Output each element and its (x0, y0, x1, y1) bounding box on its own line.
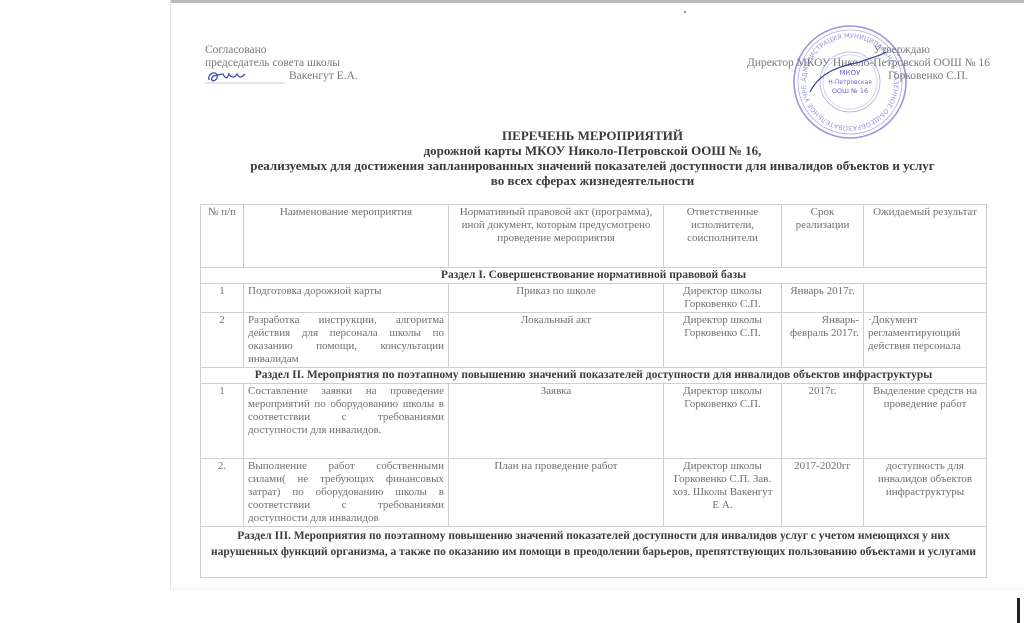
header-responsible: Ответственные исполнители, соисполнители (664, 205, 782, 268)
cell-act: Приказ по школе (449, 284, 664, 313)
title-line-4: во всех сферах жизнедеятельности (200, 173, 985, 188)
cell-result: доступность для инвалидов объектов инфра… (864, 459, 987, 527)
cell-deadline: Январь 2017г. (782, 284, 864, 313)
cell-number: 2 (201, 313, 244, 368)
stamp-center-2: Н-Петровская (828, 79, 872, 86)
header-deadline: Срок реализации (782, 205, 864, 268)
stamp-center-1: МКОУ (840, 69, 862, 77)
signature-icon (205, 68, 285, 84)
scan-edge-left (170, 0, 171, 590)
cell-number: 1 (201, 284, 244, 313)
cell-act: План на проведение работ (449, 459, 664, 527)
school-stamp-icon: АДМИНИСТРАЦИЯ МУНИЦИПАЛЬНОЕ КАЗЕННОЕ ОБЩ… (790, 22, 910, 142)
cell-responsible: Директор школы Горковенко С.П. (664, 284, 782, 313)
scan-artifact-dot (684, 11, 686, 13)
header-legal-act: Нормативный правовой акт (программа), ин… (449, 205, 664, 268)
scan-edge-top (170, 0, 1024, 3)
section-3-title: Раздел III. Мероприятия по поэтапному по… (201, 527, 987, 578)
document-title: ПЕРЕЧЕНЬ МЕРОПРИЯТИЙ дорожной карты МКОУ… (200, 128, 985, 188)
cell-result: ·Документ регламентирующий действия перс… (864, 313, 987, 368)
stamp-ring-text: АДМИНИСТРАЦИЯ МУНИЦИПАЛЬНОЕ КАЗЕННОЕ ОБЩ… (790, 22, 900, 132)
cell-result (864, 284, 987, 313)
table-row: 1 Составление заявки на проведение мероп… (201, 384, 987, 459)
section-1-title: Раздел I. Совершенствование нормативной … (201, 268, 987, 284)
cell-number: 2. (201, 459, 244, 527)
cell-measure: Составление заявки на проведение меропри… (244, 384, 449, 459)
scan-edge-bottom (170, 588, 1024, 589)
approval-left-name: Вакенгут Е.А. (289, 70, 358, 83)
cell-deadline: Январь-февраль 2017г. (782, 313, 864, 368)
approval-left-label: Согласовано (205, 44, 340, 57)
table-row: 2 Разработка инструкции, алгоритма дейст… (201, 313, 987, 368)
cell-result: Выделение средств на проведение работ (864, 384, 987, 459)
title-line-3: реализуемых для достижения запланированн… (200, 158, 985, 173)
cell-act: Локальный акт (449, 313, 664, 368)
cell-responsible: Директор школы Горковенко С.П. (664, 384, 782, 459)
header-expected-result: Ожидаемый результат (864, 205, 987, 268)
cell-deadline: 2017г. (782, 384, 864, 459)
table-row: 2. Выполнение работ собственными силами(… (201, 459, 987, 527)
cell-act: Заявка (449, 384, 664, 459)
measures-table: № п/п Наименование мероприятия Нормативн… (200, 204, 987, 578)
cell-measure: Подготовка дорожной карты (244, 284, 449, 313)
cell-deadline: 2017-2020гг (782, 459, 864, 527)
section-row: Раздел I. Совершенствование нормативной … (201, 268, 987, 284)
cell-number: 1 (201, 384, 244, 459)
section-row: Раздел II. Мероприятия по поэтапному пов… (201, 368, 987, 384)
section-2-title: Раздел II. Мероприятия по поэтапному пов… (201, 368, 987, 384)
scan-artifact-mark (1017, 598, 1020, 623)
cell-responsible: Директор школы Горковенко С.П. Зав. хоз.… (664, 459, 782, 527)
header-measure-name: Наименование мероприятия (244, 205, 449, 268)
title-line-2: дорожной карты МКОУ Николо-Петровской ОО… (200, 143, 985, 158)
title-line-1: ПЕРЕЧЕНЬ МЕРОПРИЯТИЙ (200, 128, 985, 143)
table-header-row: № п/п Наименование мероприятия Нормативн… (201, 205, 987, 268)
header-number: № п/п (201, 205, 244, 268)
section-row: Раздел III. Мероприятия по поэтапному по… (201, 527, 987, 578)
cell-measure: Выполнение работ собственными силами( не… (244, 459, 449, 527)
table-row: 1 Подготовка дорожной карты Приказ по шк… (201, 284, 987, 313)
cell-responsible: Директор школы Горковенко С.П. (664, 313, 782, 368)
approval-block-left: Согласовано председатель совета школы Ва… (205, 44, 340, 70)
svg-text:АДМИНИСТРАЦИЯ МУНИЦИПАЛЬНОЕ КА: АДМИНИСТРАЦИЯ МУНИЦИПАЛЬНОЕ КАЗЕННОЕ ОБЩ… (790, 22, 900, 132)
cell-measure: Разработка инструкции, алгоритма действи… (244, 313, 449, 368)
stamp-center-3: ООШ № 16 (832, 87, 868, 95)
